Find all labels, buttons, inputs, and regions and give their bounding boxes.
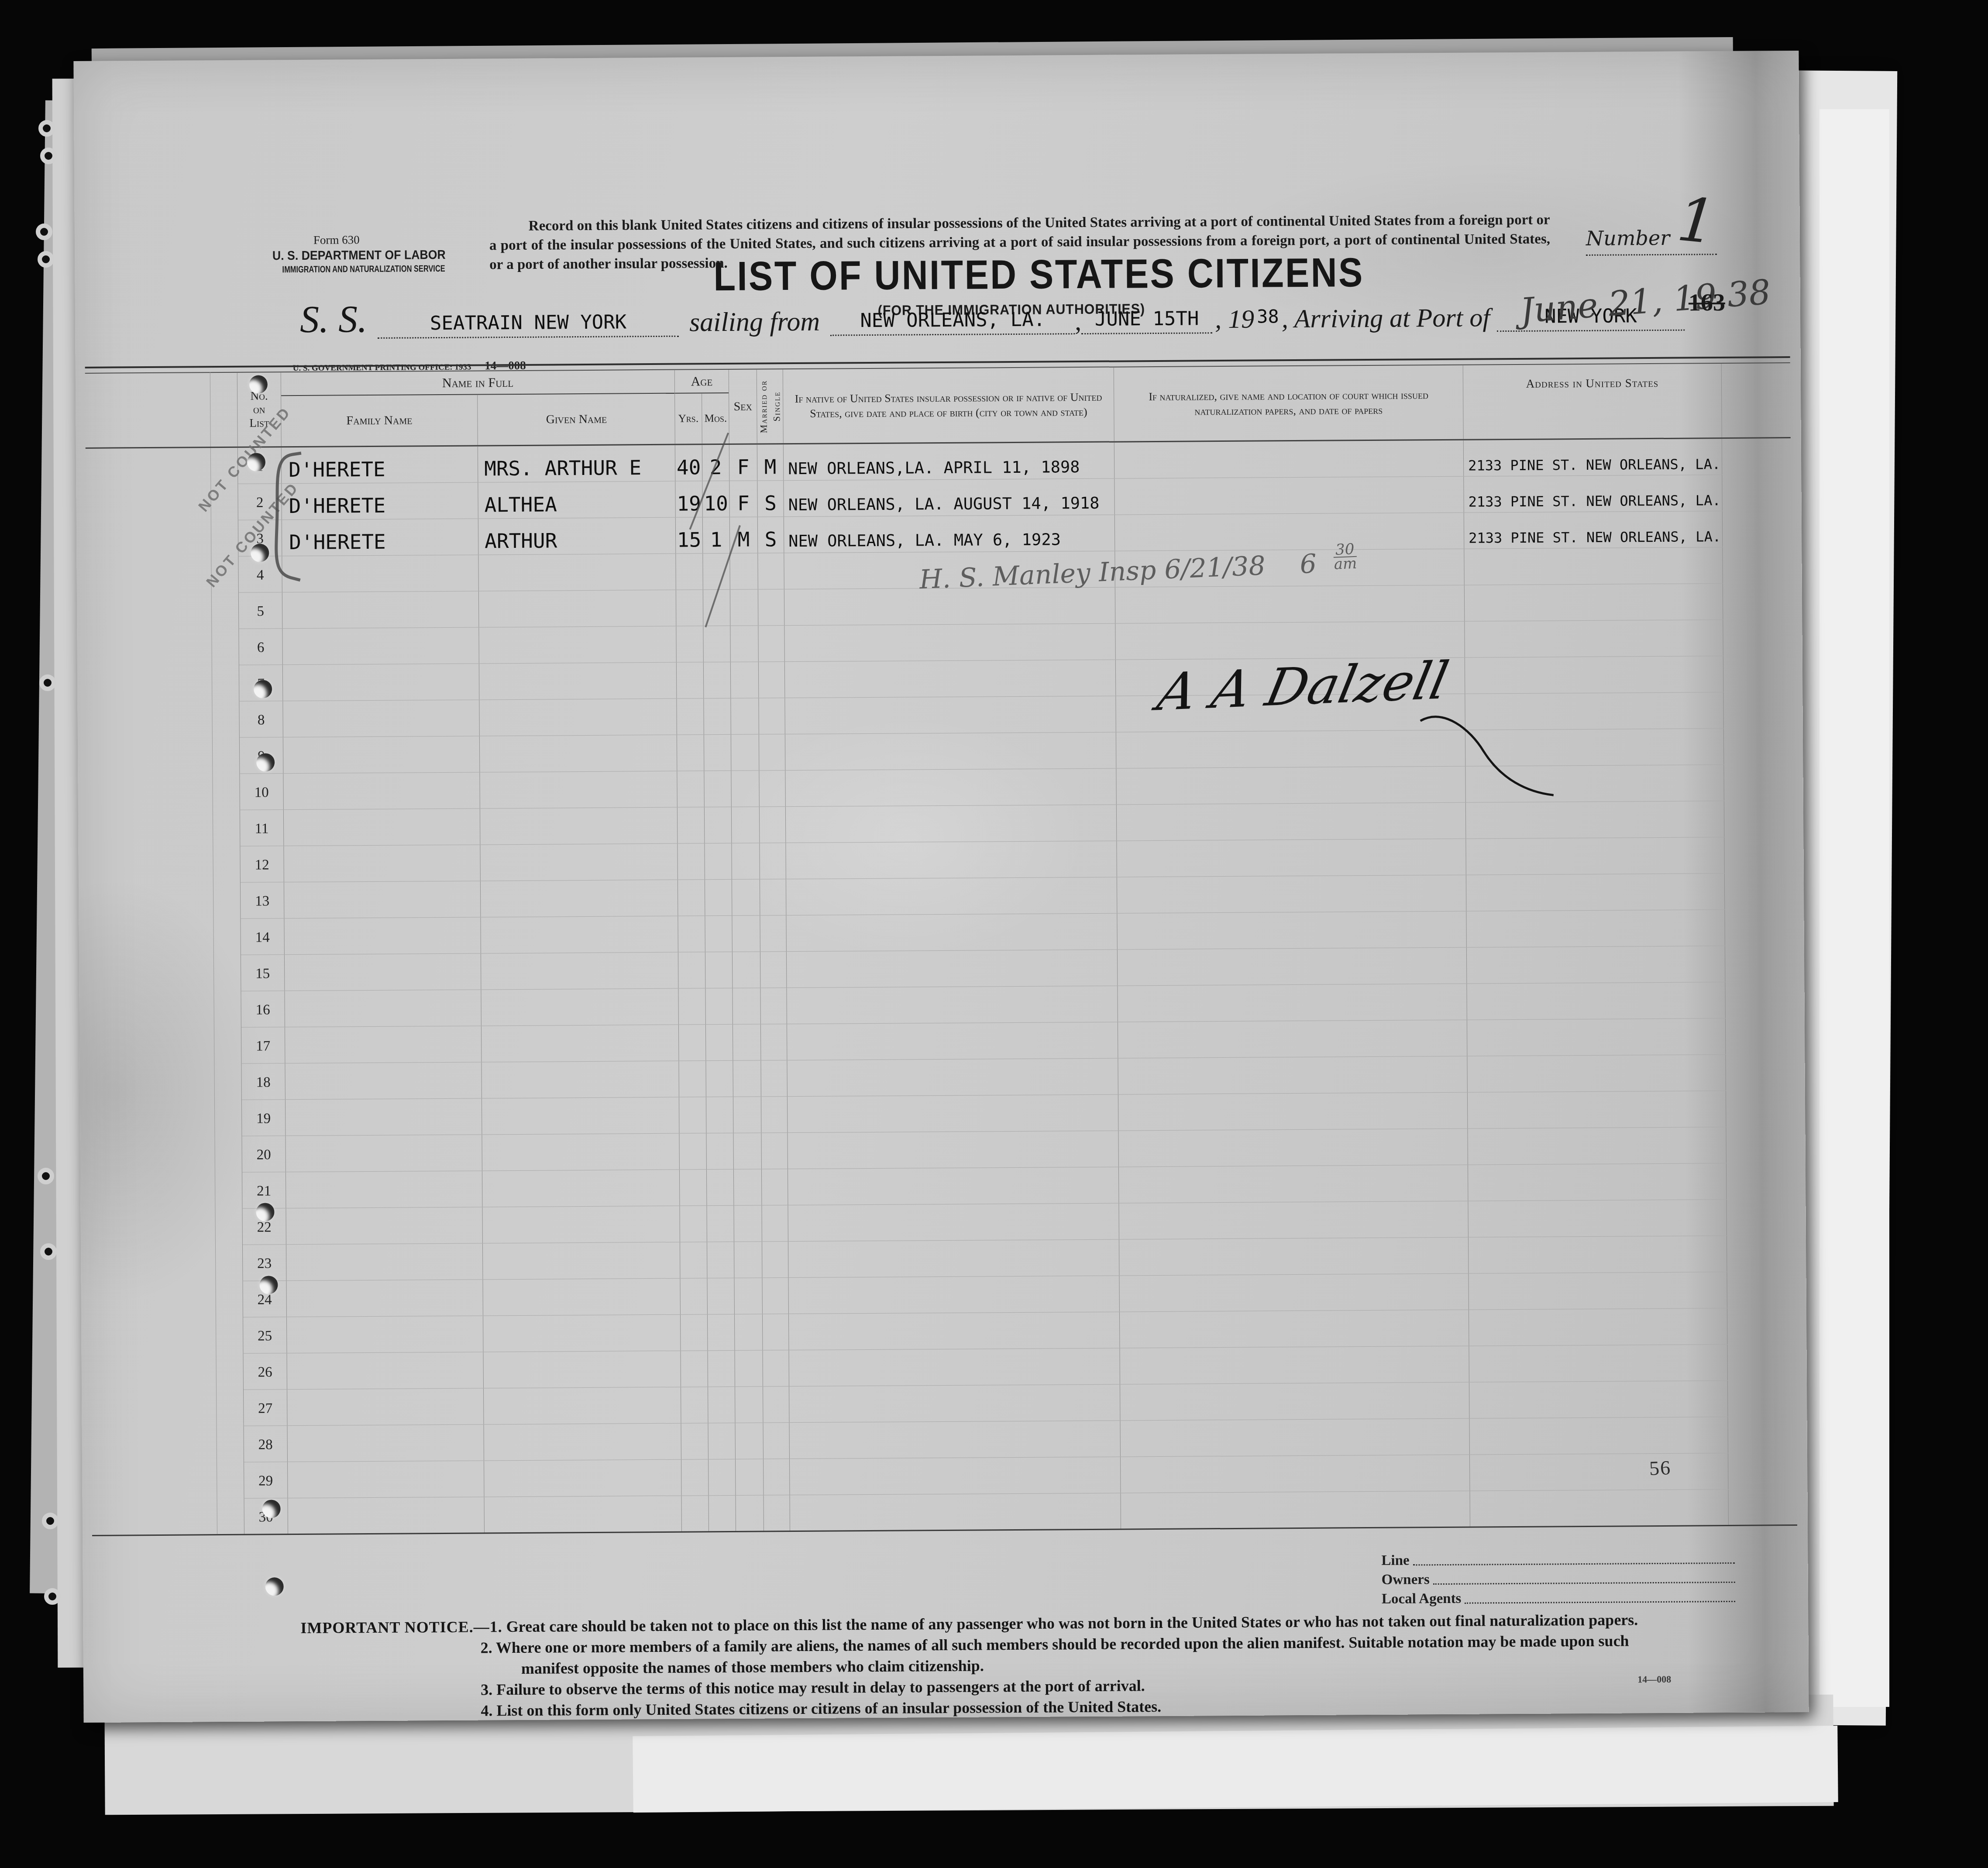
- cell-naturalization: [1119, 1165, 1468, 1203]
- cell-yrs: [678, 880, 705, 915]
- cell-no: 5: [239, 592, 282, 629]
- value-yrs: 40: [677, 457, 701, 481]
- cell-ms: [763, 1386, 789, 1422]
- cell-address: [1468, 1091, 1726, 1128]
- inspector-time-hour: 6: [1299, 548, 1317, 580]
- cell-yrs: [681, 1387, 708, 1423]
- print-code-bottom: 14—008: [1637, 1674, 1671, 1685]
- cell-family: [283, 700, 479, 737]
- header-no-line: on: [253, 402, 265, 416]
- cell-no: 26: [244, 1353, 287, 1390]
- cell-family: [283, 664, 479, 701]
- cell-family: [283, 736, 480, 773]
- cell-ms: [759, 771, 785, 806]
- cell-family: [285, 1026, 482, 1063]
- cell-mos: [705, 952, 733, 988]
- cell-given: [482, 1097, 679, 1135]
- cell-given: [484, 1460, 681, 1497]
- cell-address: [1465, 584, 1723, 621]
- cell-birth: [790, 1493, 1121, 1531]
- cell-address: [1468, 1163, 1727, 1201]
- cell-yrs: [682, 1496, 709, 1531]
- cell-given: [483, 1279, 680, 1316]
- cell-birth: [788, 1095, 1118, 1133]
- punch-hole: [42, 1513, 58, 1529]
- number-label: Number: [1586, 226, 1670, 250]
- printed-comma: ,: [1075, 308, 1081, 334]
- value-address: 2133 PINE ST. NEW ORLEANS, LA.: [1469, 493, 1721, 513]
- value-yrs: 15: [677, 530, 702, 553]
- cell-address: [1468, 1200, 1727, 1237]
- header-given-name: Given Name: [478, 394, 675, 445]
- cell-given: [481, 916, 678, 953]
- cell-sex: [730, 590, 758, 626]
- punch-hole: [38, 251, 54, 268]
- cell-yrs: [681, 1314, 708, 1350]
- cell-family: [288, 1497, 485, 1534]
- cell-birth: NEW ORLEANS, LA. MAY 6, 1923: [784, 515, 1115, 553]
- cell-birth: [789, 1385, 1120, 1423]
- cell-mos: [704, 698, 731, 734]
- row-number: 8: [240, 712, 283, 737]
- margin-rule: [210, 372, 217, 1534]
- cell-mos: [709, 1496, 736, 1531]
- cell-mos: [704, 771, 731, 807]
- cell-no: 18: [241, 1063, 285, 1100]
- signature: A A Dalzell: [1152, 650, 1454, 722]
- handwritten-number: 1: [1674, 184, 1719, 258]
- ship-name-blank: SEATRAIN NEW YORK: [378, 311, 679, 339]
- stamp-56: 56: [1649, 1456, 1672, 1480]
- cell-sex: [732, 843, 760, 879]
- cell-family: [284, 881, 481, 918]
- row-number: 6: [239, 640, 282, 665]
- cell-naturalization: [1116, 730, 1465, 768]
- cell-sex: [731, 735, 759, 771]
- cell-family: [282, 555, 478, 592]
- cell-birth: [788, 1131, 1118, 1169]
- punch-hole: [249, 375, 268, 393]
- cell-address: [1468, 1127, 1726, 1165]
- header-sex: Sex: [729, 370, 757, 444]
- row-number: 19: [242, 1111, 285, 1136]
- cell-mos: [706, 1133, 733, 1169]
- row-number: 10: [240, 784, 283, 810]
- cell-naturalization: [1117, 875, 1466, 913]
- header-age: Age: [675, 370, 729, 394]
- row-number: 13: [241, 893, 284, 919]
- punch-hole: [251, 544, 269, 562]
- notice-heading: IMPORTANT NOTICE.—1.: [300, 1618, 502, 1637]
- punch-hole: [256, 1203, 274, 1221]
- cell-mos: [705, 880, 732, 915]
- value-mos: 10: [704, 493, 728, 517]
- row-number: 29: [244, 1473, 287, 1498]
- cell-address: [1466, 801, 1724, 839]
- punch-hole: [36, 224, 52, 240]
- cell-address: [1467, 1055, 1726, 1092]
- cell-ms: [761, 1060, 787, 1096]
- cell-ms: [764, 1459, 790, 1495]
- cell-no: 13: [241, 882, 284, 919]
- value-ms: S: [764, 493, 777, 516]
- cell-ms: [761, 1097, 788, 1132]
- cell-address: [1465, 620, 1723, 657]
- cell-naturalization: [1120, 1419, 1469, 1457]
- cell-birth: NEW ORLEANS, LA. AUGUST 14, 1918: [784, 479, 1114, 517]
- cell-family: [282, 591, 479, 628]
- cell-yrs: [677, 662, 704, 698]
- cell-mos: [708, 1314, 735, 1350]
- cell-no: 16: [241, 991, 285, 1027]
- cell-birth: [787, 1022, 1118, 1060]
- cell-family: [286, 1243, 483, 1280]
- value-birth: NEW ORLEANS, LA. AUGUST 14, 1918: [788, 495, 1100, 516]
- row-number: 27: [244, 1400, 287, 1426]
- cell-birth: [785, 660, 1116, 698]
- value-yrs: 19: [677, 493, 701, 517]
- cell-address: [1469, 1272, 1727, 1310]
- value-mos: 1: [710, 530, 722, 553]
- cell-given: [483, 1351, 681, 1388]
- cell-birth: [785, 696, 1116, 734]
- cell-ms: [759, 698, 785, 734]
- cell-family: [287, 1352, 484, 1389]
- cell-ms: [760, 807, 786, 843]
- cell-ms: [762, 1169, 788, 1205]
- cell-family: [285, 1135, 482, 1172]
- cell-birth: [788, 1240, 1119, 1278]
- cell-birth: [787, 1059, 1118, 1097]
- cell-yrs: [681, 1351, 708, 1386]
- punch-hole: [44, 1588, 61, 1605]
- cell-yrs: [681, 1459, 709, 1495]
- cell-yrs: [680, 1242, 707, 1278]
- table-header: No. on List Name in Full Family Name Giv…: [237, 364, 1722, 447]
- cell-ms: [760, 879, 786, 915]
- cell-sex: [734, 1206, 762, 1242]
- sailing-date-value: JUNE 15TH: [1095, 307, 1199, 333]
- cell-family: [286, 1171, 482, 1208]
- paper-sheet-edge: [633, 1726, 1838, 1813]
- header-birth: If native of United States insular posse…: [783, 368, 1114, 444]
- cell-naturalization: [1118, 1093, 1468, 1131]
- cell-birth: [786, 914, 1117, 952]
- cell-address: [1469, 1417, 1728, 1455]
- row-number: 24: [243, 1292, 286, 1317]
- table-body: 1D'HERETEMRS. ARTHUR E402FMNEW ORLEANS,L…: [237, 439, 1729, 1535]
- ship-footer-block: Line Owners Local Agents: [1381, 1548, 1735, 1607]
- cell-naturalization: [1120, 1346, 1469, 1384]
- owners-row: Owners: [1382, 1567, 1735, 1588]
- cell-address: [1469, 1345, 1727, 1382]
- cell-ms: [761, 1024, 787, 1060]
- year-prefix: , 19: [1215, 305, 1254, 334]
- cell-naturalization: [1117, 803, 1466, 841]
- cell-birth: [789, 1349, 1120, 1386]
- cell-sex: [736, 1496, 764, 1531]
- header-naturalization: If naturalized, give name and location o…: [1114, 365, 1464, 441]
- cell-given: [484, 1424, 681, 1461]
- cell-family: D'HERETE: [282, 446, 478, 483]
- value-address: 2133 PINE ST. NEW ORLEANS, LA.: [1469, 530, 1721, 549]
- cell-no: 15: [241, 955, 285, 991]
- value-sex: F: [737, 493, 750, 517]
- cell-given: [483, 1315, 681, 1352]
- cell-sex: [731, 698, 759, 734]
- cell-birth: [784, 624, 1115, 662]
- cell-family: [283, 772, 480, 809]
- cell-no: 20: [242, 1136, 285, 1172]
- cell-birth: [787, 986, 1118, 1024]
- cell-ms: [762, 1278, 788, 1314]
- cell-mos: [705, 988, 733, 1024]
- value-sex: F: [737, 457, 750, 481]
- cell-yrs: [678, 916, 705, 952]
- paper-sheet-edge: [1819, 109, 1889, 1707]
- cell-naturalization: [1120, 1310, 1469, 1348]
- cell-given: [480, 735, 677, 772]
- cell-yrs: [677, 771, 704, 807]
- cell-yrs: [680, 1278, 707, 1314]
- cell-ms: [762, 1205, 788, 1241]
- cell-yrs: [680, 1206, 707, 1242]
- cell-yrs: 15: [676, 517, 703, 553]
- cell-mos: [707, 1170, 734, 1205]
- punch-hole: [262, 1500, 281, 1518]
- cell-given: [480, 771, 677, 808]
- cell-naturalization: [1118, 1020, 1467, 1058]
- cell-mos: [707, 1242, 734, 1278]
- cell-ms: [758, 589, 784, 625]
- form-number: Form 630: [267, 233, 406, 247]
- cell-sex: [730, 554, 758, 589]
- service-name: IMMIGRATION AND NATURALIZATION SERVICE: [282, 264, 391, 275]
- cell-address: [1466, 874, 1725, 911]
- cell-no: 12: [240, 846, 284, 882]
- row-number: 11: [240, 821, 283, 846]
- cell-address: [1467, 1018, 1726, 1056]
- cell-address: 2133 PINE ST. NEW ORLEANS, LA.: [1464, 475, 1722, 513]
- header-yrs: Yrs.: [675, 393, 702, 444]
- cell-family: [285, 990, 481, 1027]
- cell-naturalization: [1121, 1491, 1470, 1529]
- cell-ms: [760, 915, 786, 951]
- value-sex: M: [738, 530, 750, 553]
- cell-mos: [705, 916, 732, 952]
- row-number: 22: [243, 1219, 286, 1245]
- owners-label: Owners: [1382, 1572, 1430, 1588]
- cell-no: 17: [241, 1027, 285, 1063]
- row-number: 15: [241, 966, 284, 991]
- cell-given: [479, 699, 677, 736]
- punch-hole: [247, 453, 265, 471]
- cell-no: 14: [241, 919, 284, 955]
- cell-address: [1470, 1490, 1728, 1527]
- cell-family: [284, 845, 480, 882]
- cell-mos: [703, 626, 730, 662]
- cell-family: [287, 1316, 483, 1353]
- cell-family: [288, 1461, 484, 1498]
- cell-family: [286, 1280, 483, 1317]
- cell-mos: [704, 662, 731, 698]
- header-married-or-single: Married or Single: [757, 369, 784, 443]
- cell-address: 2133 PINE ST. NEW ORLEANS, LA.: [1464, 511, 1723, 549]
- ship-name-value: SEATRAIN NEW YORK: [430, 311, 627, 337]
- cell-family: [286, 1207, 482, 1244]
- cell-mos: [707, 1206, 734, 1242]
- value-birth: NEW ORLEANS, LA. MAY 6, 1923: [788, 531, 1061, 553]
- row-number: 16: [241, 1002, 285, 1027]
- cell-given: [481, 989, 678, 1026]
- year-typed: 38: [1257, 306, 1279, 327]
- cell-naturalization: [1115, 585, 1465, 623]
- cell-naturalization: [1117, 839, 1466, 877]
- cell-family: D'HERETE: [282, 482, 478, 519]
- cell-mos: [708, 1387, 735, 1423]
- cell-given: MRS. ARTHUR E: [478, 445, 675, 482]
- cell-sex: [732, 916, 760, 952]
- cell-no: 27: [244, 1390, 287, 1426]
- cell-sex: [733, 1025, 761, 1060]
- cell-given: [480, 808, 678, 845]
- cell-ms: [760, 843, 786, 879]
- row-number: 14: [241, 929, 284, 955]
- cell-birth: [786, 841, 1117, 879]
- cell-no: 8: [239, 701, 283, 737]
- cell-given: [482, 1025, 679, 1062]
- cell-birth: [787, 950, 1118, 988]
- line-label: Line: [1381, 1552, 1409, 1569]
- pencil-bracket: [256, 451, 305, 582]
- cell-family: [285, 1062, 482, 1099]
- cell-sex: M: [730, 517, 758, 553]
- cell-birth: NEW ORLEANS,LA. APRIL 11, 1898: [784, 443, 1114, 481]
- cell-ms: [759, 662, 785, 698]
- cell-mos: [707, 1278, 734, 1314]
- department-name: U. S. DEPARTMENT OF LABOR: [272, 248, 401, 264]
- cell-given: [480, 844, 678, 881]
- cell-address: [1470, 1453, 1728, 1491]
- punch-hole: [38, 1168, 54, 1184]
- page-title: LIST OF UNITED STATES CITIZENS: [713, 249, 1309, 300]
- cell-mos: [706, 1097, 733, 1133]
- cell-family: [284, 808, 480, 846]
- important-notice: IMPORTANT NOTICE.—1. Great care should b…: [300, 1609, 1741, 1722]
- cell-mos: 1: [703, 517, 730, 553]
- agency-block: Form 630 U. S. DEPARTMENT OF LABOR IMMIG…: [267, 233, 407, 275]
- cell-no: 29: [244, 1462, 288, 1498]
- cell-address: [1465, 656, 1723, 694]
- cell-given: ARTHUR: [478, 518, 676, 555]
- cell-mos: [705, 807, 732, 843]
- arriving-label: , Arriving at Port of: [1282, 303, 1490, 333]
- cell-birth: [785, 769, 1116, 807]
- cell-naturalization: [1118, 1129, 1468, 1167]
- punch-hole: [259, 1276, 278, 1294]
- cell-birth: [788, 1167, 1119, 1205]
- cell-given: [482, 1061, 679, 1098]
- cell-ms: [764, 1495, 790, 1531]
- owners-blank: [1433, 1582, 1735, 1585]
- cell-ms: [762, 1242, 788, 1277]
- cell-mos: [706, 1061, 733, 1097]
- cell-address: [1469, 1308, 1727, 1346]
- cell-yrs: [676, 626, 703, 662]
- cell-family: [284, 917, 481, 954]
- local-agents-row: Local Agents: [1382, 1586, 1735, 1607]
- cell-sex: [735, 1423, 763, 1459]
- line-blank: [1413, 1562, 1735, 1566]
- punch-hole: [39, 674, 56, 691]
- cell-sex: [734, 1242, 762, 1278]
- cell-address: [1466, 837, 1724, 875]
- ss-label: S. S.: [300, 300, 368, 339]
- cell-mos: [704, 735, 731, 771]
- cell-family: [282, 627, 479, 664]
- cell-given: [479, 663, 677, 700]
- row-number: 20: [242, 1147, 285, 1172]
- cell-naturalization: [1117, 912, 1466, 949]
- cell-given: ALTHEA: [478, 482, 675, 519]
- scanned-document: Form 630 U. S. DEPARTMENT OF LABOR IMMIG…: [0, 0, 1988, 1868]
- cell-birth: [785, 733, 1116, 771]
- value-given: ARTHUR: [485, 530, 557, 554]
- cell-given: [481, 880, 678, 917]
- row-number: 26: [244, 1364, 287, 1390]
- cell-yrs: [681, 1423, 709, 1459]
- cell-yrs: [679, 1025, 706, 1060]
- value-birth: NEW ORLEANS,LA. APRIL 11, 1898: [788, 459, 1080, 480]
- value-address: 2133 PINE ST. NEW ORLEANS, LA.: [1468, 457, 1720, 476]
- cell-yrs: [678, 843, 705, 879]
- cell-sex: [734, 1278, 762, 1314]
- cell-yrs: 40: [675, 445, 702, 481]
- sailing-date-blank: JUNE 15TH: [1081, 307, 1212, 334]
- cell-address: [1464, 547, 1723, 585]
- cell-family: [285, 953, 481, 991]
- cell-mos: [703, 554, 730, 589]
- header-single: Single: [771, 391, 782, 421]
- cell-naturalization: [1116, 767, 1465, 805]
- local-agents-label: Local Agents: [1382, 1591, 1462, 1607]
- cell-yrs: [680, 1170, 707, 1205]
- cell-naturalization: [1114, 440, 1464, 478]
- cell-given: [482, 1206, 680, 1243]
- cell-naturalization: [1121, 1455, 1470, 1493]
- cell-address: [1469, 1381, 1728, 1418]
- cell-given: [482, 1170, 680, 1207]
- cell-ms: [763, 1350, 789, 1386]
- cell-sex: [732, 807, 760, 843]
- row-number: 17: [241, 1038, 285, 1063]
- cell-sex: [733, 1133, 761, 1169]
- cell-yrs: [677, 735, 704, 771]
- header-name-group: Name in Full Family Name Given Name: [281, 370, 675, 447]
- row-number: 18: [242, 1074, 285, 1100]
- row-number: 25: [243, 1328, 286, 1353]
- cell-yrs: [676, 590, 703, 626]
- cell-ms: [761, 1133, 788, 1169]
- cell-naturalization: [1114, 477, 1464, 515]
- cell-mos: [706, 1025, 733, 1060]
- sailing-from-label: sailing from: [689, 308, 820, 337]
- line-row: Line: [1381, 1548, 1735, 1569]
- header-married-or: Married or: [757, 380, 769, 433]
- cell-sex: [735, 1351, 763, 1386]
- cell-yrs: [678, 952, 705, 988]
- cell-no: 19: [242, 1100, 285, 1136]
